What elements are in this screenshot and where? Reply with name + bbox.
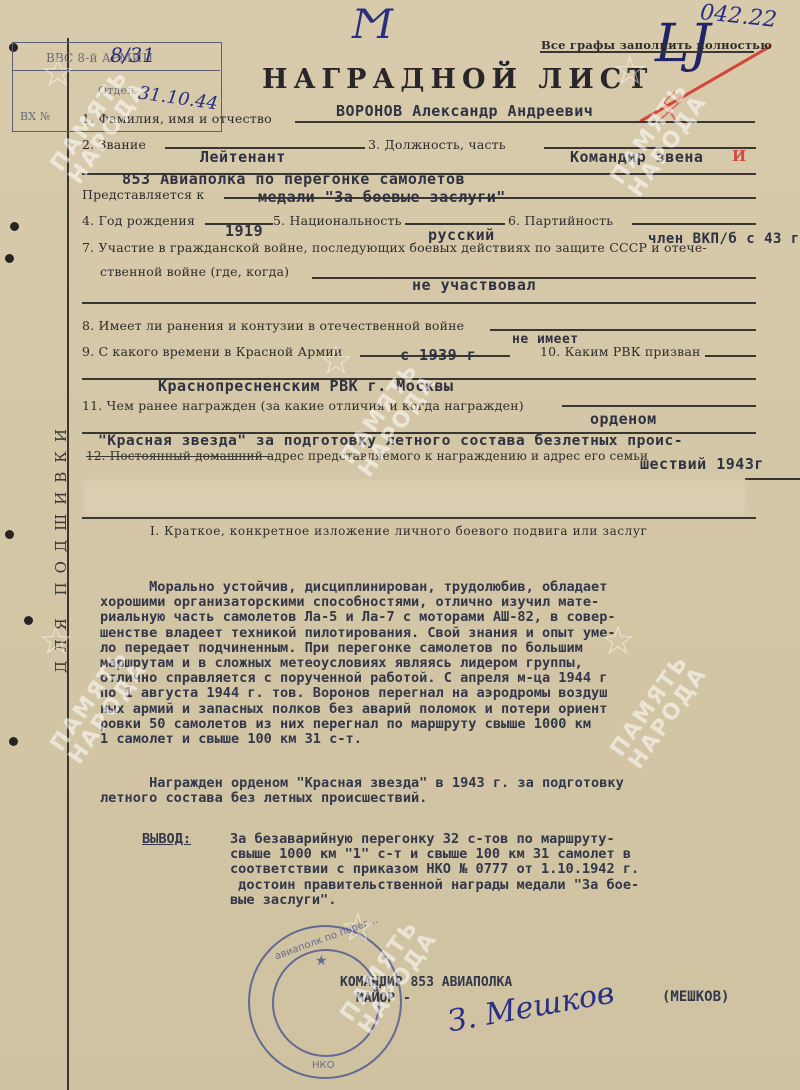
section-heading: I. Краткое, конкретное изложение личного… [150,524,647,538]
field-2-value: Лейтенант [200,148,286,166]
field-11-label: 11. Чем ранее награжден (за какие отличи… [82,398,524,413]
signatory-name: (МЕШКОВ) [662,990,729,1005]
punch-hole [5,530,14,539]
red-letter-mark: И [732,147,746,165]
represented-label: Представляется к [82,187,204,202]
field-11-value-line-3: шествий 1943г [640,455,764,473]
watermark-star-icon: ☆ [340,905,376,951]
field-9-label: 9. С какого времени в Красной Армии [82,344,342,359]
watermark-star-icon: ☆ [40,50,76,96]
field-3-label: 3. Должность, часть [368,137,506,152]
stamp-handwritten-number: 8/31 [110,43,155,67]
header-note: Все графы заполнить полностью [541,38,772,52]
punch-hole [10,222,19,231]
field-11-value-line-1: орденом [590,410,657,428]
page-title: НАГРАДНОЙ ЛИСТ [262,64,653,95]
handwritten-mark: Ϻ [352,2,393,48]
field-10-label: 10. Каким РВК призван [540,344,701,359]
archive-number: 042.22 [699,0,778,33]
watermark-star-icon: ☆ [38,618,74,664]
narrative-paragraph-2: Награжден орденом "Красная звезда" в 194… [100,776,624,806]
field-6-label: 6. Партийность [508,213,613,228]
field-4-value: 1919 [225,222,263,240]
redacted-address [85,480,745,516]
stamp-line-3: ВХ № [20,110,51,123]
field-8-label: 8. Имеет ли ранения и контузии в отечест… [82,318,464,333]
field-9-value: с 1939 г [400,346,476,364]
field-7-label-line-2: ственной войне (где, когда) [100,264,289,279]
punch-hole [5,254,14,263]
field-7-label-line-1: 7. Участие в гражданской войне, последую… [82,240,707,255]
watermark-star-icon: ☆ [600,618,636,664]
field-5-label: 5. Национальность [273,213,402,228]
punch-hole [24,616,33,625]
watermark: ПАМЯТЬНАРОДА [607,651,711,774]
punch-hole [9,737,18,746]
narrative-paragraph-1: Морально устойчив, дисциплинирован, труд… [100,580,616,747]
field-7-value: не участвовал [412,276,536,294]
watermark: ПАМЯТЬНАРОДА [607,79,711,202]
field-4-label: 4. Год рождения [82,213,195,228]
conclusion-label: ВЫВОД: [142,832,191,847]
conclusion-text: За безаварийную перегонку 32 с-тов по ма… [230,832,639,908]
award-sheet-page: ДЛЯ ПОДШИВКИ ВВС 8-й АРМИИ Отдел ВХ № 8/… [0,0,800,1090]
watermark-star-icon: ☆ [612,48,648,94]
watermark-star-icon: ☆ [318,338,354,384]
seal-star-icon: ★ [315,953,328,969]
field-1-value: ВОРОНОВ Александр Андреевич [336,102,593,120]
field-3-value-continued: 853 Авиаполка по перегонке самолетов [122,170,465,188]
seal-bottom-text: НКО [312,1060,335,1071]
represented-value: медали "За боевые заслуги" [258,188,506,206]
